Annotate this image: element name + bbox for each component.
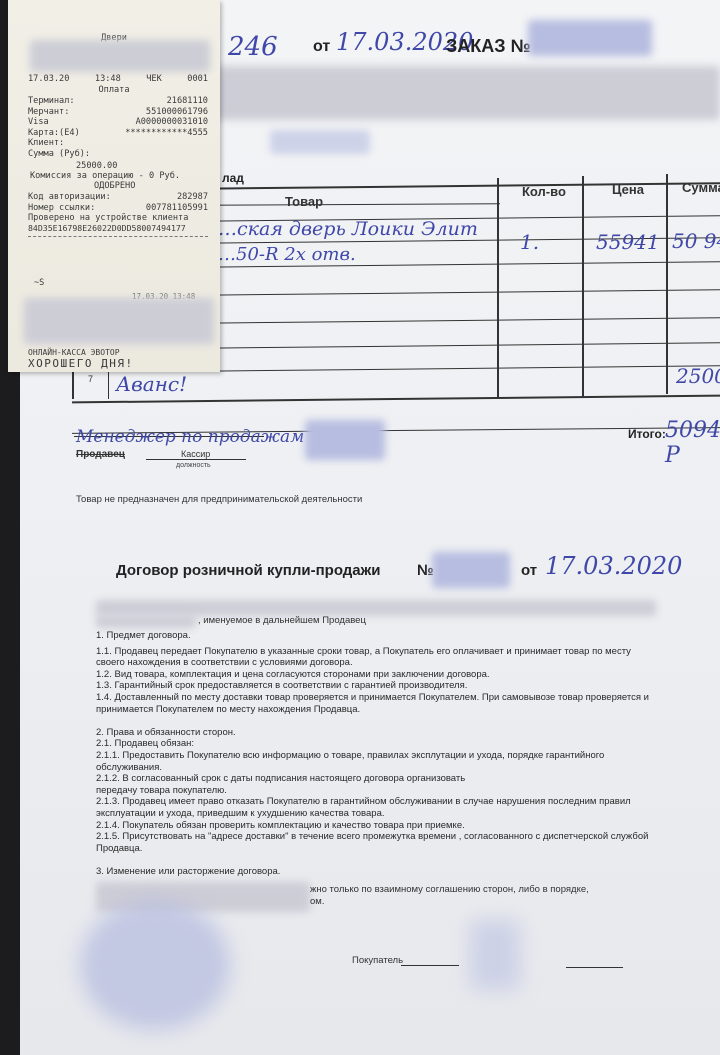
redacted-store-details [30, 40, 210, 72]
receipt-field-label: Сумма (Руб): [28, 149, 90, 159]
receipt-field: Карта:(E4)************4555 [28, 128, 208, 138]
receipt-sign-mark: ~S [34, 278, 44, 288]
order-label: ЗАКАЗ № [446, 36, 531, 57]
buyer-label: Покупатель [352, 955, 403, 966]
order-from-label: от [313, 38, 330, 56]
header-sum: Сумма [682, 180, 720, 195]
clause-3-fragment-2: ом. [310, 896, 324, 907]
contract-clause [96, 715, 656, 727]
receipt-kassa: ОНЛАЙН-КАССА ЭВОТОР [28, 348, 120, 357]
contract-clause: 2.1.3. Продавец имеет право отказать Пок… [96, 796, 656, 819]
advance-sum: 2500… [676, 364, 720, 388]
receipt-field-label: Клиент: [28, 138, 64, 148]
order-number-tail: 246 [228, 32, 278, 62]
receipt-amount: 25000.00 [76, 161, 117, 171]
seller-label: Продавец [76, 449, 125, 460]
contract-clause: 2.1.2. В согласованный срок с даты подпи… [96, 773, 656, 785]
total-label: Итого: [628, 427, 666, 441]
contract-clauses: 1. Предмет договора.1.1. Продавец переда… [96, 630, 656, 877]
redacted-stamp [270, 130, 370, 154]
header-item: Товар [285, 194, 323, 209]
disclaimer: Товар не предназначен для предпринимател… [76, 494, 362, 505]
clause-3-fragment-1: жно только по взаимному соглашению сторо… [310, 884, 589, 895]
header-price: Цена [612, 182, 644, 197]
receipt-field: Терминал:21681110 [28, 96, 208, 106]
redacted-seller-details [210, 66, 720, 120]
row-number: 7 [88, 374, 93, 384]
contract-clause: 2.1. Продавец обязан: [96, 738, 656, 750]
receipt-field-value: A0000000031010 [136, 117, 208, 127]
redacted-seller-signature [305, 420, 385, 460]
contract-clause: 1.4. Доставленный по месту доставки това… [96, 692, 656, 715]
receipt-field-label: Мерчант: [28, 107, 69, 117]
contract-date: 17.03.2020 [545, 552, 682, 580]
seller-position: Кассир [181, 449, 210, 459]
contract-clause: 2.1.1. Предоставить Покупателю всю инфор… [96, 750, 656, 773]
receipt-check-no: 0001 [187, 74, 208, 84]
receipt-time: 13:48 [95, 74, 121, 84]
receipt-field: VisaA0000000031010 [28, 117, 208, 127]
item-price: 55941 [596, 230, 660, 254]
receipt-field-value: 21681110 [167, 96, 208, 106]
receipt-status: ОДОБРЕНО [94, 181, 135, 191]
auth-code: 282987 [177, 192, 208, 202]
receipt-verified: Проверено на устройстве клиента [28, 213, 188, 223]
redacted-contract-number [432, 552, 510, 588]
receipt-commission: Комиссия за операцию - 0 Руб. [30, 171, 180, 181]
contract-clause: 1. Предмет договора. [96, 630, 656, 642]
ref-label: Номер ссылки: [28, 203, 95, 213]
receipt-field-label: Терминал: [28, 96, 75, 106]
item-name-line1: …ская дверь Лоики Элит [218, 218, 478, 240]
warehouse-label: лад [222, 171, 244, 185]
receipt-field: Мерчант:551000061796 [28, 107, 208, 117]
contract-clause: 2. Права и обязанности сторон. [96, 727, 656, 739]
redacted-seller-name [96, 600, 656, 616]
party-text: , именуемое в дальнейшем Продавец [198, 615, 366, 626]
payment-receipt: Двери 17.03.20 13:48 ЧЕК 0001 Оплата Тер… [8, 0, 220, 372]
receipt-field: Сумма (Руб): [28, 149, 208, 159]
auth-label: Код авторизации: [28, 192, 111, 202]
contract-clause: 2.1.5. Присутствовать на "адресе доставк… [96, 831, 656, 854]
contract-clause: 3. Изменение или расторжение договора. [96, 866, 656, 878]
contract-clause: 1.3. Гарантийный срок предоставляется в … [96, 680, 656, 692]
receipt-check-label: ЧЕК [146, 74, 162, 84]
position-caption: должность [176, 462, 211, 469]
item-sum: 50 94… [672, 229, 720, 253]
contract-clause: 1.2. Вид товара, комплектация и цена сог… [96, 669, 656, 681]
redacted-stamp-seal [80, 900, 230, 1030]
total-value: 50941 Р [665, 418, 720, 468]
receipt-field-value: 551000061796 [146, 107, 208, 117]
receipt-greeting: ХОРОШЕГО ДНЯ! [28, 357, 134, 370]
header-qty: Кол-во [522, 184, 566, 199]
receipt-hash: 84D35E16798E26022D0DD58007494177 [28, 223, 186, 233]
receipt-field-label: Visa [28, 117, 49, 127]
contract-title: Договор розничной купли-продажи [116, 562, 381, 579]
ref-number: 007781105991 [146, 203, 208, 213]
seller-position-handwritten: Менеджер по продажам [76, 427, 304, 447]
receipt-date: 17.03.20 [28, 74, 69, 84]
contract-clause: 2.1.4. Покупатель обязан проверить компл… [96, 820, 656, 832]
receipt-field-value: ************4555 [125, 128, 208, 138]
receipt-field: Клиент: [28, 138, 208, 148]
advance-label: Аванс! [116, 372, 187, 396]
contract-clause: передачу товара покупателю. [96, 785, 656, 797]
redacted-buyer-signature [470, 920, 520, 990]
redacted-receipt-footer [24, 298, 214, 344]
redacted-order-number [528, 20, 652, 56]
contract-clause [96, 854, 656, 866]
receipt-field-label: Карта:(E4) [28, 128, 80, 138]
item-qty: 1. [520, 230, 539, 254]
contract-clause: 1.1. Продавец передает Покупателю в указ… [96, 646, 656, 669]
contract-from-label: от [521, 562, 537, 579]
receipt-separator [28, 236, 208, 237]
redacted-seller-name-2 [96, 615, 196, 628]
receipt-operation: Оплата [8, 85, 220, 95]
item-name-line2: …50-R 2х отв. [218, 244, 356, 265]
